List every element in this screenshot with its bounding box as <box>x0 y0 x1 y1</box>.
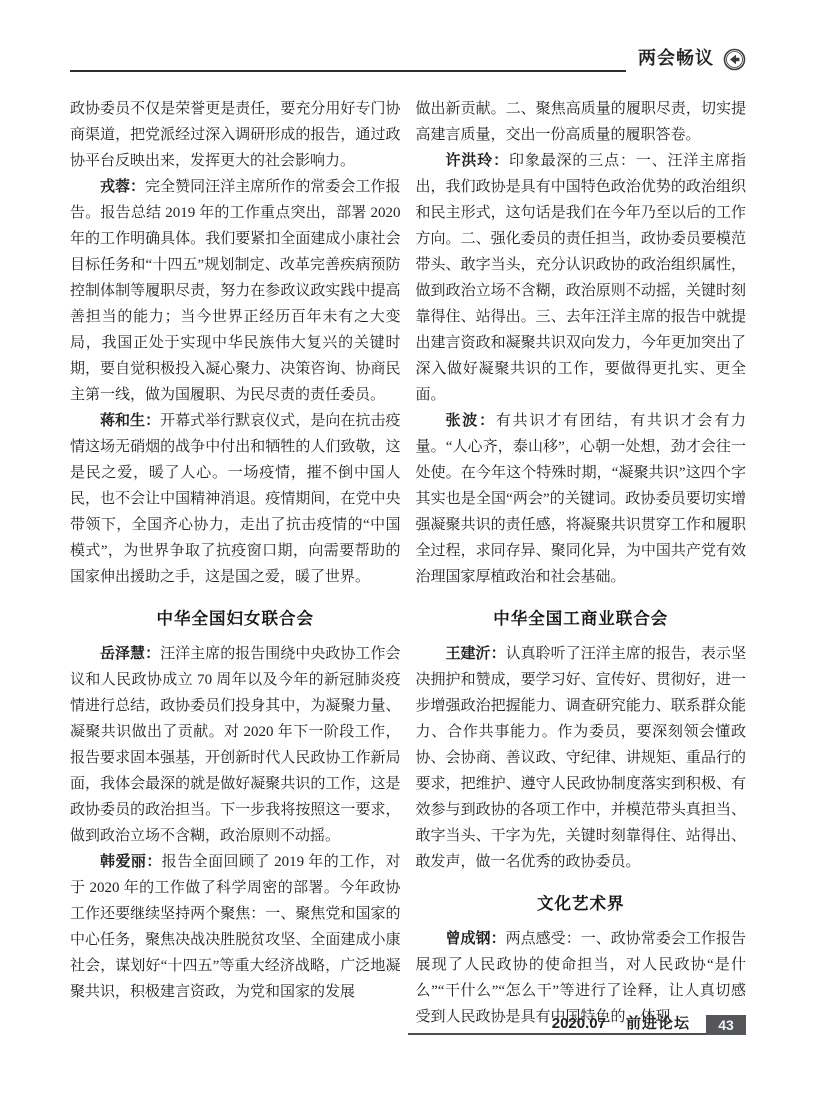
paragraph-text: 完全赞同汪洋主席所作的常委会工作报告。报告总结 2019 年的工作重点突出，部署… <box>70 179 401 403</box>
issue-date: 2020.07 <box>552 1015 606 1032</box>
page-footer: 2020.07 前进论坛 43 <box>70 1012 746 1042</box>
paragraph-text: 政协委员不仅是荣誉更是责任，要充分用好专门协商渠道，把党派经过深入调研形成的报告… <box>70 101 401 169</box>
section-heading: 文化艺术界 <box>416 891 747 917</box>
page-header: 两会畅议 <box>70 46 746 72</box>
paragraph-text: 开幕式举行默哀仪式，是向在抗击疫情这场无硝烟的战争中付出和牺牲的人们致敬，这是民… <box>70 413 401 585</box>
paragraph: 岳泽慧：汪洋主席的报告围绕中央政协工作会议和人民政协成立 70 周年以及今年的新… <box>70 641 401 849</box>
speaker-name: 张波： <box>446 412 496 429</box>
section-heading: 中华全国妇女联合会 <box>70 606 401 632</box>
page-number-badge: 43 <box>706 1015 746 1035</box>
paragraph: 戎蓉：完全赞同汪洋主席所作的常委会工作报告。报告总结 2019 年的工作重点突出… <box>70 174 401 408</box>
speaker-name: 岳泽慧： <box>100 645 160 662</box>
column-title: 两会畅议 <box>638 49 714 69</box>
paragraph: 蒋和生：开幕式举行默哀仪式，是向在抗击疫情这场无硝烟的战争中付出和牺牲的人们致敬… <box>70 408 401 590</box>
paragraph-text: 认真聆听了汪洋主席的报告，表示坚决拥护和赞成，要学习好、宣传好、贯彻好，进一步增… <box>416 646 747 870</box>
back-arrow-circle-icon <box>723 48 746 71</box>
speaker-name: 王建沂： <box>446 645 506 662</box>
paragraph: 韩爱丽：报告全面回顾了 2019 年的工作，对于 2020 年的工作做了科学周密… <box>70 849 401 1005</box>
journal-name: 前进论坛 <box>626 1015 690 1032</box>
header-rule <box>70 70 626 72</box>
speaker-name: 蒋和生： <box>100 412 160 429</box>
paragraph: 张波：有共识才有团结，有共识才会有力量。“人心齐，泰山移”，心朝一处想，劲才会往… <box>416 408 747 590</box>
paragraph-text: 印象最深的三点：一、汪洋主席指出，我们政协是具有中国特色政治优势的政治组织和民主… <box>416 153 747 403</box>
article-content: 政协委员不仅是荣誉更是责任，要充分用好专门协商渠道，把党派经过深入调研形成的报告… <box>70 96 746 1034</box>
paragraph: 做出新贡献。二、聚焦高质量的履职尽责，切实提高建言质量，交出一份高质量的履职答卷… <box>416 96 747 148</box>
section-heading: 中华全国工商业联合会 <box>416 606 747 632</box>
paragraph-text: 汪洋主席的报告围绕中央政协工作会议和人民政协成立 70 周年以及今年的新冠肺炎疫… <box>70 646 401 844</box>
paragraph-text: 报告全面回顾了 2019 年的工作，对于 2020 年的工作做了科学周密的部署。… <box>70 854 401 1000</box>
paragraph: 政协委员不仅是荣誉更是责任，要充分用好专门协商渠道，把党派经过深入调研形成的报告… <box>70 96 401 174</box>
paragraph-text: 有共识才有团结，有共识才会有力量。“人心齐，泰山移”，心朝一处想，劲才会往一处使… <box>416 413 747 585</box>
speaker-name: 韩爱丽： <box>100 853 162 870</box>
speaker-name: 戎蓉： <box>100 178 145 195</box>
footer-rule <box>408 1033 744 1035</box>
paragraph-text: 做出新贡献。二、聚焦高质量的履职尽责，切实提高建言质量，交出一份高质量的履职答卷… <box>416 101 747 143</box>
paragraph: 王建沂：认真聆听了汪洋主席的报告，表示坚决拥护和赞成，要学习好、宣传好、贯彻好，… <box>416 641 747 875</box>
right-column: 做出新贡献。二、聚焦高质量的履职尽责，切实提高建言质量，交出一份高质量的履职答卷… <box>416 96 747 1034</box>
left-column: 政协委员不仅是荣誉更是责任，要充分用好专门协商渠道，把党派经过深入调研形成的报告… <box>70 96 401 1034</box>
speaker-name: 曾成钢： <box>446 930 506 947</box>
paragraph: 许洪玲：印象最深的三点：一、汪洋主席指出，我们政协是具有中国特色政治优势的政治组… <box>416 148 747 408</box>
speaker-name: 许洪玲： <box>446 152 509 169</box>
magazine-page: 两会畅议 政协委员不仅是荣誉更是责任，要充分用好专门协商渠道，把党派经过深入调研… <box>0 0 816 1099</box>
